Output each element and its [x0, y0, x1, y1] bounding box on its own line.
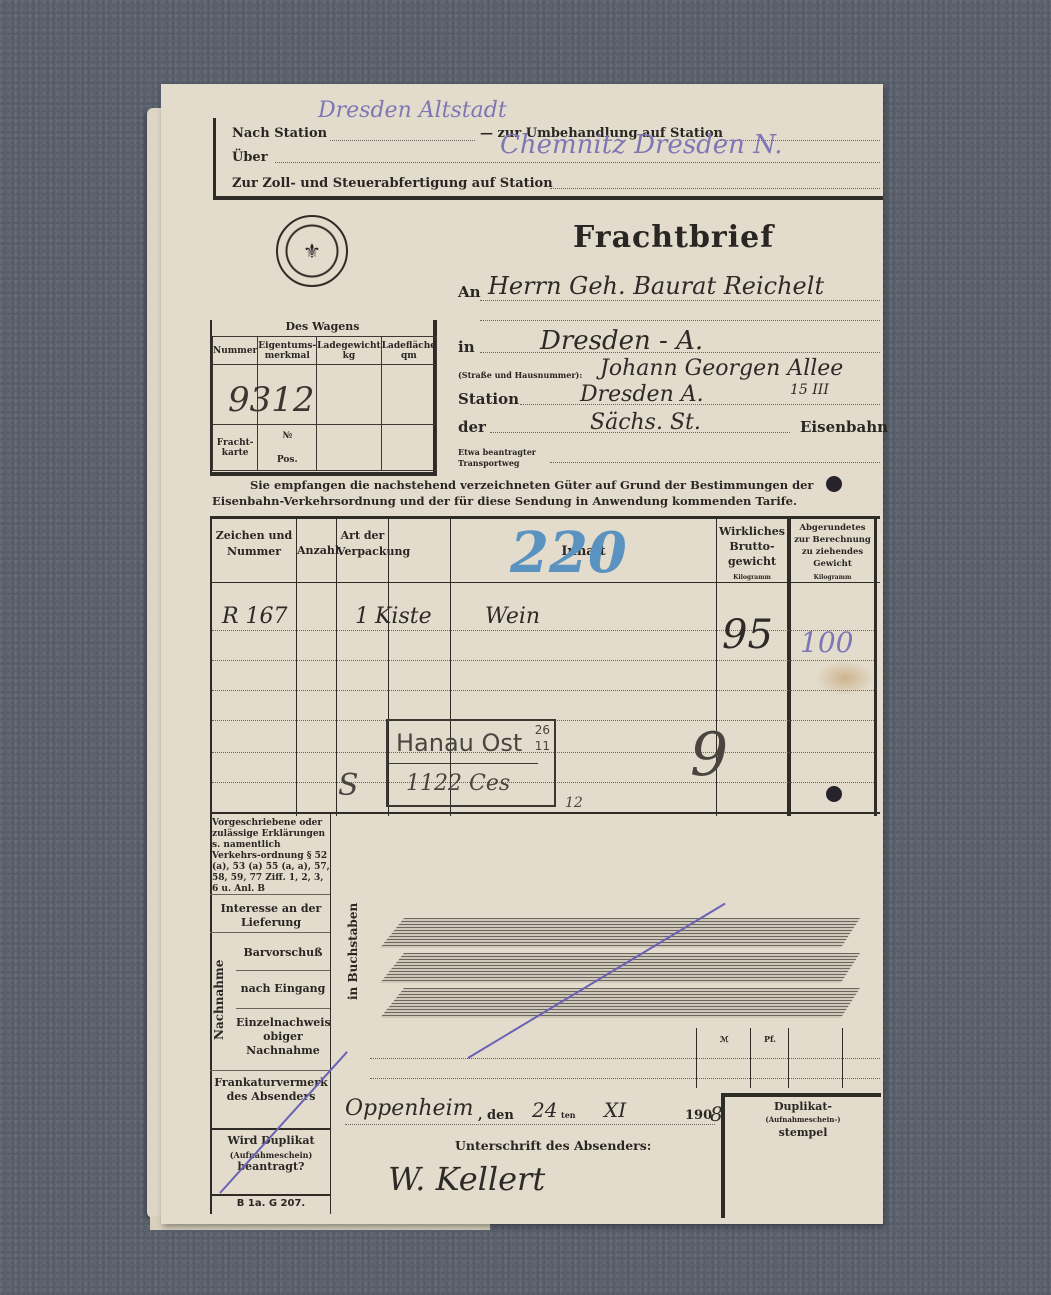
einzelnachweis-label: Einzelnachweis obiger Nachnahme [236, 1016, 330, 1058]
station-value: Dresden A. [580, 382, 704, 407]
form-number: B 1a. G 207. [212, 1198, 330, 1209]
punch-hole [826, 786, 842, 802]
signature-day: 24 [532, 1098, 557, 1122]
goods-table-bottom [210, 812, 880, 814]
signature-place: Oppenheim [345, 1096, 473, 1121]
zoll-label: Zur Zoll- und Steuerabfertigung auf Stat… [232, 176, 553, 191]
in-buchstaben-label: in Buchstaben [346, 903, 360, 1000]
side-divider [210, 894, 330, 895]
barvorschuss-label: Barvorschuß [236, 946, 330, 959]
stamp-divider [388, 763, 538, 764]
goods-table-top [210, 516, 880, 519]
routing-box-left-border [213, 118, 216, 200]
wagen-cell [381, 365, 436, 425]
nr-label: № [258, 431, 316, 441]
transportweg-line [550, 462, 880, 463]
stamp-station: Hanau Ost [396, 729, 522, 757]
pos-label: Pos. [258, 455, 316, 465]
goods-col-right [874, 516, 877, 816]
signature-label: Unterschrift des Absenders: [455, 1138, 651, 1153]
wagen-header-ladeflaeche: Ladefläche qm [381, 337, 436, 365]
nach-station-line [330, 140, 475, 141]
eisenbahn-label: Eisenbahn [800, 418, 888, 436]
zeichen-mark: S [338, 768, 359, 803]
coat-of-arms-seal-icon: ⚜ [276, 215, 348, 287]
amount-hatch-line [380, 918, 860, 948]
stamp-note-2: 12 [565, 795, 583, 811]
side-divider [210, 1070, 330, 1071]
wagen-header-ladegewicht: Ladegewicht kg [317, 337, 382, 365]
station-note: 15 III [790, 382, 829, 398]
interesse-label: Interesse an der Lieferung [212, 902, 330, 930]
goods-col-divider [296, 516, 297, 816]
amount-col [788, 1028, 789, 1088]
row-art: Kiste [375, 604, 432, 629]
signature-day-suffix: ten [561, 1110, 576, 1120]
amount-hatch-line [380, 988, 860, 1018]
amount-line [370, 1058, 880, 1059]
ueber-label: Über [232, 150, 268, 165]
amount-hatch-line [380, 953, 860, 983]
duplikat-stempel-line1: Duplikat- [725, 1100, 881, 1113]
goods-col-left [210, 516, 212, 816]
transportweg-label: Etwa beantragter Transportweg [458, 447, 548, 469]
mark-label: ℳ [720, 1034, 729, 1044]
side-divider [210, 1128, 330, 1130]
goods-row-line [212, 630, 874, 631]
punch-hole [826, 476, 842, 492]
an-label: An [458, 283, 481, 301]
den-label: , den [478, 1108, 514, 1123]
amount-col [750, 1028, 751, 1088]
row-inhalt: Wein [485, 604, 540, 629]
blue-annotation: 220 [510, 520, 627, 586]
an-line [480, 300, 880, 301]
erklaerungen-text: Vorgeschriebene oder zulässige Erklärung… [212, 818, 330, 895]
instruction-line-1: Sie empfangen die nachstehend verzeichne… [250, 478, 814, 492]
stamp-note: 1122 Ces [406, 771, 510, 796]
signature-month: XI [604, 1098, 626, 1122]
frachtkarte-nr-cell: №Pos. [258, 425, 317, 471]
side-divider [210, 932, 330, 933]
nach-station-value: Dresden Altstadt [318, 98, 507, 123]
header-zeichen: Zeichen und Nummer [212, 528, 296, 560]
side-divider [210, 1194, 330, 1196]
header-anzahl: Anzahl [297, 544, 336, 557]
stamp-day: 26 [535, 723, 550, 737]
row-abgerundet: 100 [800, 626, 853, 659]
wagen-cell [381, 425, 436, 471]
header-abgerundet-unit: Kilogramm [791, 574, 874, 581]
signature-name: W. Kellert [388, 1160, 545, 1198]
der-value: Sächs. St. [590, 410, 701, 435]
ueber-value: Chemnitz Dresden N. [500, 130, 783, 160]
side-divider [236, 1008, 330, 1009]
row-zeichen: R 167 [222, 604, 288, 629]
goods-row-line [212, 660, 874, 661]
strasse-label: (Straße und Hausnummer): [458, 370, 582, 380]
stamp-month: 11 [535, 739, 550, 753]
pf-label: Pf. [764, 1034, 776, 1044]
duplikat-stempel-line2: (Aufnahmeschein-) [725, 1115, 881, 1124]
brutto-mark: 9 [690, 720, 728, 790]
strasse-value: Johann Georgen Allee [600, 356, 843, 381]
document-title: Frachtbrief [573, 220, 774, 255]
wagen-title: Des Wagens [212, 320, 433, 333]
an-line-2 [480, 320, 880, 321]
row-anzahl: 1 [355, 604, 369, 629]
amount-col [696, 1028, 697, 1088]
side-box-right [330, 814, 331, 1214]
amount-col [842, 1028, 843, 1088]
der-label: der [458, 418, 486, 436]
stain [815, 660, 875, 696]
wagen-nummer-value: 9312 [228, 380, 315, 420]
side-divider [236, 970, 330, 971]
amount-line [370, 1078, 880, 1079]
header-brutto: Wirkliches Brutto-gewicht [717, 524, 787, 569]
wagen-box-bottom [210, 472, 437, 476]
frachtkarte-label: Fracht-karte [213, 425, 258, 471]
in-label: in [458, 338, 475, 356]
duplikat-stempel-line3: stempel [725, 1126, 881, 1139]
duplikat-sub: (Aufnahmeschein) [212, 1150, 330, 1160]
duplikat-q2: beantragt? [212, 1160, 330, 1173]
goods-col-divider [336, 516, 337, 816]
wagen-header-eigentum: Eigentums-merkmal [258, 337, 317, 365]
header-brutto-unit: Kilogramm [717, 574, 787, 581]
nach-eingang-label: nach Eingang [236, 982, 330, 995]
nach-station-label: Nach Station [232, 126, 327, 141]
goods-row-line [212, 690, 874, 691]
an-value: Herrn Geh. Baurat Reichelt [488, 272, 824, 300]
signature-place-line [345, 1124, 715, 1125]
instruction-line-2: Eisenbahn-Verkehrsordnung und der für di… [212, 494, 797, 508]
ueber-line [275, 162, 880, 163]
nachnahme-label: Nachnahme [212, 960, 226, 1040]
year-prefix: 190 [685, 1108, 712, 1123]
wagen-cell [317, 425, 382, 471]
row-brutto: 95 [722, 612, 773, 658]
in-value: Dresden - A. [540, 326, 703, 356]
zoll-line [550, 188, 880, 189]
station-label: Station [458, 390, 519, 408]
duplikat-box-top [721, 1093, 881, 1097]
hanau-ost-station-stamp: Hanau Ost 26 11 1122 Ces [386, 719, 556, 807]
routing-box-bottom-border [213, 196, 883, 200]
wagen-header-nummer: Nummer [213, 337, 258, 365]
header-art: Art der Verpackung [337, 528, 388, 560]
wagen-cell [317, 365, 382, 425]
header-abgerundet: Abgerundetes zur Berechnung zu ziehendes… [791, 522, 874, 570]
